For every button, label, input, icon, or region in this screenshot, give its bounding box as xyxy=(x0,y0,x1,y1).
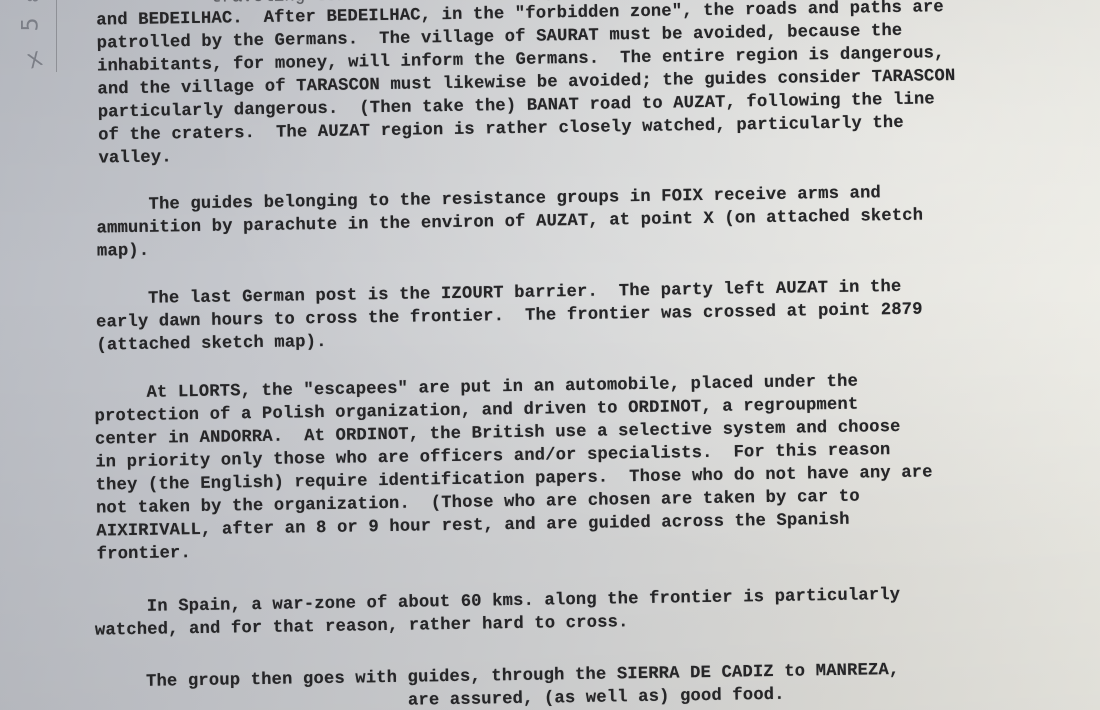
text-line: valley. xyxy=(98,148,172,168)
typewritten-page: traveling towards the frontier by way of… xyxy=(0,0,1100,710)
text-line: frontier. xyxy=(97,544,191,564)
text-line: map). xyxy=(97,242,150,262)
text-line: (attached sketch map). xyxy=(96,333,326,356)
text-line: watched, and for that reason, rather har… xyxy=(95,613,629,640)
text-line: In Spain, a war-zone of about 60 kms. al… xyxy=(94,586,900,618)
